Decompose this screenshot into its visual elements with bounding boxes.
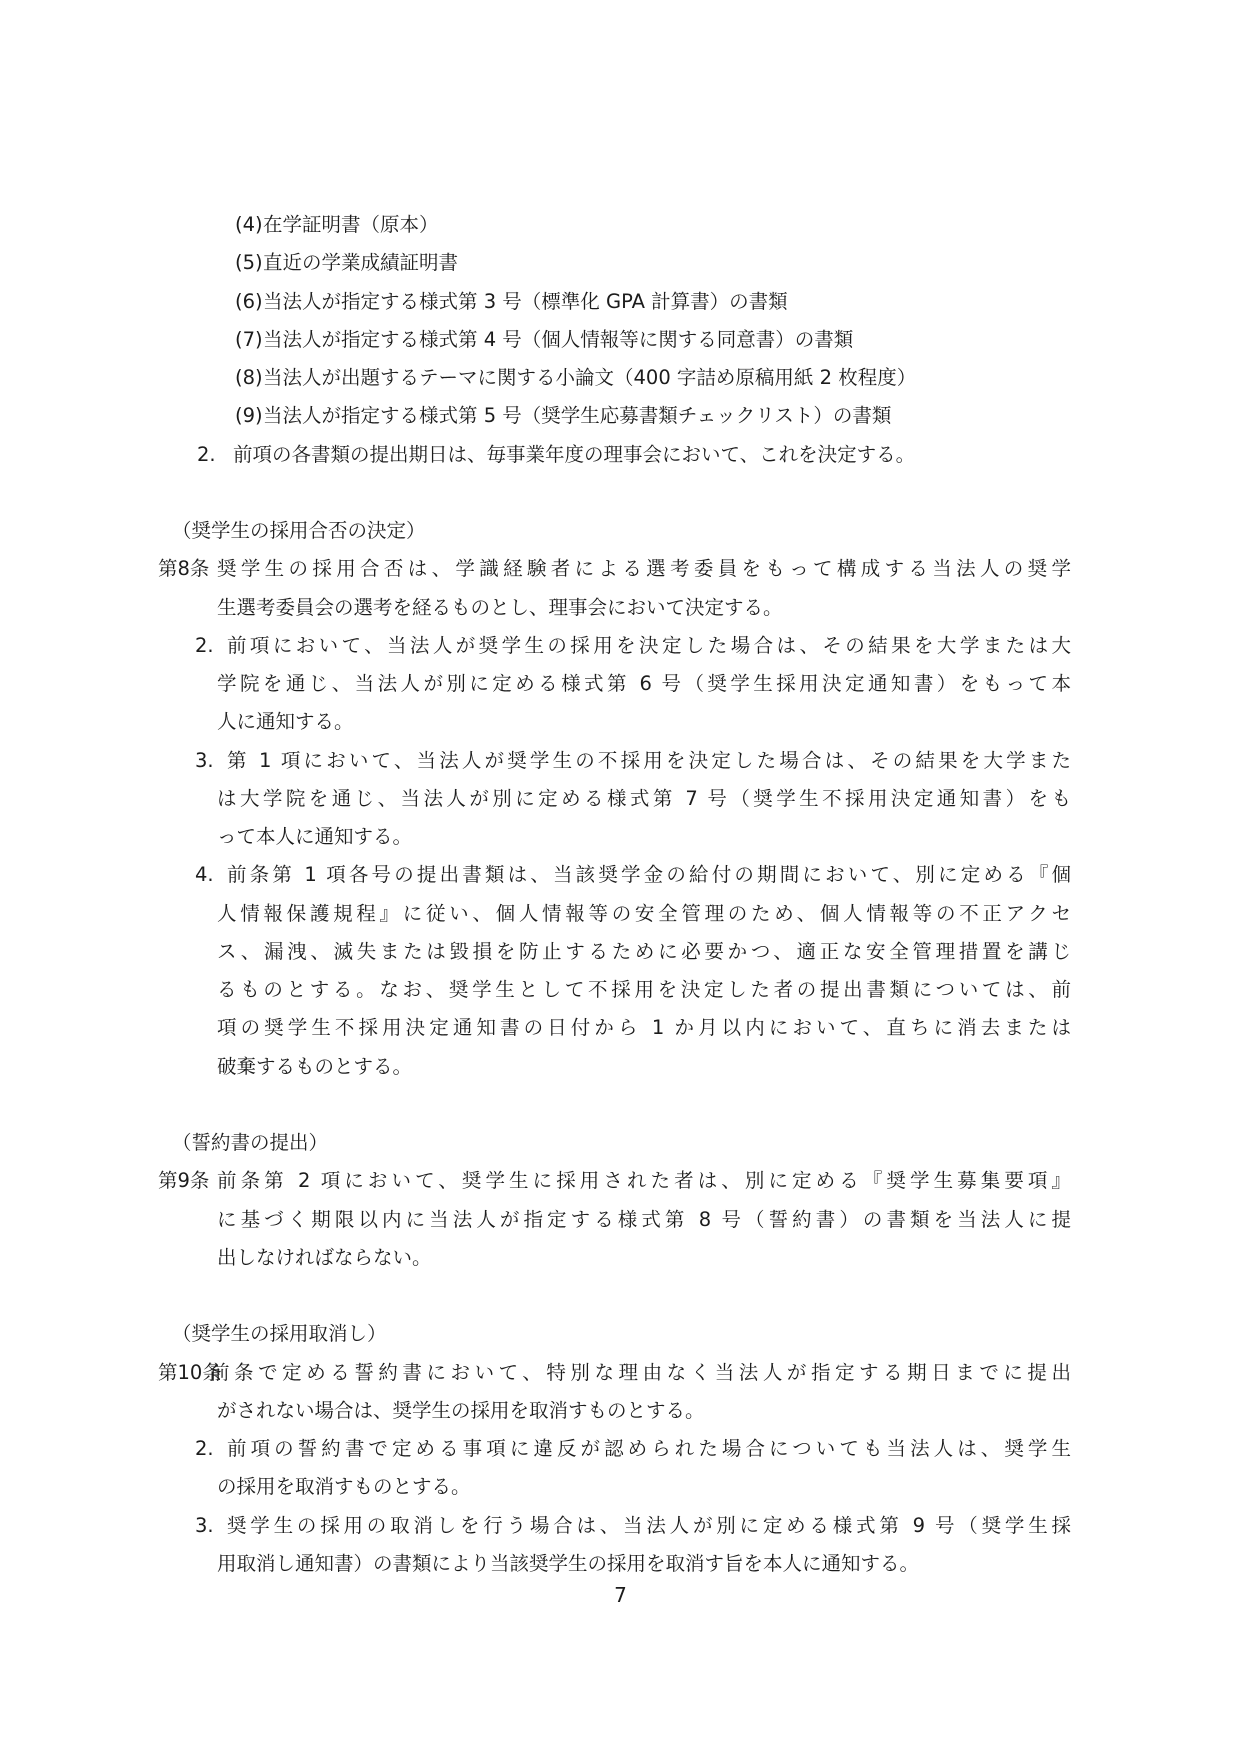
blank-line (0, 474, 1241, 512)
section-heading: （奨学生の採用取消し） (0, 1315, 1241, 1353)
continuation-line: 項の奨学生不採用決定通知書の日付から 1 か月以内において、直ちに消去または (0, 1009, 1241, 1047)
line-text: 当法人が指定する様式第 4 号（個人情報等に関する同意書）の書類 (263, 321, 1071, 359)
continuation-line: 人に通知する。 (0, 703, 1241, 741)
line-text: に基づく期限以内に当法人が指定する様式第 8 号（誓約書）の書類を当法人に提 (217, 1201, 1071, 1239)
continuation-line: ス、漏洩、滅失または毀損を防止するために必要かつ、適正な安全管理措置を講じ (0, 933, 1241, 971)
section-heading: （奨学生の採用合否の決定） (0, 512, 1241, 550)
line-text: 在学証明書（原本） (263, 206, 1071, 244)
line-text: 当法人が指定する様式第 3 号（標準化 GPA 計算書）の書類 (263, 283, 1071, 321)
line-text: って本人に通知する。 (217, 818, 1071, 856)
line-text: 前項の各書類の提出期日は、毎事業年度の理事会において、これを決定する。 (233, 436, 1071, 474)
continuation-line: るものとする。なお、奨学生として不採用を決定した者の提出書類については、前 (0, 971, 1241, 1009)
blank-line (0, 1277, 1241, 1315)
heading-text: （誓約書の提出） (172, 1124, 1071, 1162)
article-line: 第10条 前条で定める誓約書において、特別な理由なく当法人が指定する期日までに提… (0, 1354, 1241, 1392)
line-text: 破棄するものとする。 (217, 1048, 1071, 1086)
continuation-line: 破棄するものとする。 (0, 1048, 1241, 1086)
paragraph-item: 2. 前項の各書類の提出期日は、毎事業年度の理事会において、これを決定する。 (0, 436, 1241, 474)
line-text: 人情報保護規程』に従い、個人情報等の安全管理のため、個人情報等の不正アクセ (217, 895, 1071, 933)
line-text: 当法人が出題するテーマに関する小論文（400 字詰め原稿用紙 2 枚程度） (263, 359, 1071, 397)
item-number: (7) (235, 321, 263, 359)
heading-text: （奨学生の採用合否の決定） (172, 512, 1071, 550)
line-text: 前条第 2 項において、奨学生に採用された者は、別に定める『奨学生募集要項』 (217, 1162, 1071, 1200)
continuation-line: の採用を取消すものとする。 (0, 1468, 1241, 1506)
paragraph-number: 2. (195, 1430, 227, 1468)
line-text: 項の奨学生不採用決定通知書の日付から 1 か月以内において、直ちに消去または (217, 1009, 1071, 1047)
blank-line (0, 1086, 1241, 1124)
item-number: (5) (235, 244, 263, 282)
page-number: 7 (0, 1582, 1241, 1608)
continuation-line: 用取消し通知書）の書類により当該奨学生の採用を取消す旨を本人に通知する。 (0, 1545, 1241, 1583)
article-number: 第10条 (158, 1354, 210, 1392)
continuation-line: に基づく期限以内に当法人が指定する様式第 8 号（誓約書）の書類を当法人に提 (0, 1201, 1241, 1239)
document-page: (4) 在学証明書（原本） (5) 直近の学業成績証明書 (6) 当法人が指定す… (0, 0, 1241, 1755)
paragraph-number: 2. (195, 627, 227, 665)
article-number: 第8条 (158, 550, 217, 588)
paragraph-item: 4. 前条第 1 項各号の提出書類は、当該奨学金の給付の期間において、別に定める… (0, 856, 1241, 894)
paragraph-item: 2. 前項の誓約書で定める事項に違反が認められた場合についても当法人は、奨学生 (0, 1430, 1241, 1468)
paragraph-item: 2. 前項において、当法人が奨学生の採用を決定した場合は、その結果を大学または大 (0, 627, 1241, 665)
line-text: 人に通知する。 (217, 703, 1071, 741)
list-item: (9) 当法人が指定する様式第 5 号（奨学生応募書類チェックリスト）の書類 (0, 397, 1241, 435)
line-text: ス、漏洩、滅失または毀損を防止するために必要かつ、適正な安全管理措置を講じ (217, 933, 1071, 971)
list-item: (7) 当法人が指定する様式第 4 号（個人情報等に関する同意書）の書類 (0, 321, 1241, 359)
line-text: るものとする。なお、奨学生として不採用を決定した者の提出書類については、前 (217, 971, 1071, 1009)
line-text: 直近の学業成績証明書 (263, 244, 1071, 282)
line-text: 出しなければならない。 (217, 1239, 1071, 1277)
item-number: (4) (235, 206, 263, 244)
continuation-line: がされない場合は、奨学生の採用を取消すものとする。 (0, 1392, 1241, 1430)
line-text: 当法人が指定する様式第 5 号（奨学生応募書類チェックリスト）の書類 (263, 397, 1071, 435)
line-text: 学院を通じ、当法人が別に定める様式第 6 号（奨学生採用決定通知書）をもって本 (217, 665, 1071, 703)
line-text: 第 1 項において、当法人が奨学生の不採用を決定した場合は、その結果を大学また (227, 742, 1071, 780)
continuation-line: って本人に通知する。 (0, 818, 1241, 856)
article-number: 第9条 (158, 1162, 217, 1200)
line-text: 生選考委員会の選考を経るものとし、理事会において決定する。 (217, 589, 1071, 627)
paragraph-item: 3. 奨学生の採用の取消しを行う場合は、当法人が別に定める様式第 9 号（奨学生… (0, 1507, 1241, 1545)
section-heading: （誓約書の提出） (0, 1124, 1241, 1162)
line-text: 奨学生の採用合否は、学識経験者による選考委員をもって構成する当法人の奨学 (217, 550, 1071, 588)
paragraph-number: 2. (197, 436, 233, 474)
paragraph-item: 3. 第 1 項において、当法人が奨学生の不採用を決定した場合は、その結果を大学… (0, 742, 1241, 780)
line-text: 前項において、当法人が奨学生の採用を決定した場合は、その結果を大学または大 (227, 627, 1071, 665)
continuation-line: 生選考委員会の選考を経るものとし、理事会において決定する。 (0, 589, 1241, 627)
line-text: は大学院を通じ、当法人が別に定める様式第 7 号（奨学生不採用決定通知書）をも (217, 780, 1071, 818)
list-item: (4) 在学証明書（原本） (0, 206, 1241, 244)
line-text: がされない場合は、奨学生の採用を取消すものとする。 (217, 1392, 1071, 1430)
paragraph-number: 3. (195, 1507, 227, 1545)
item-number: (9) (235, 397, 263, 435)
heading-text: （奨学生の採用取消し） (172, 1315, 1071, 1353)
item-number: (8) (235, 359, 263, 397)
line-text: 前条で定める誓約書において、特別な理由なく当法人が指定する期日までに提出 (210, 1354, 1071, 1392)
article-line: 第8条 奨学生の採用合否は、学識経験者による選考委員をもって構成する当法人の奨学 (0, 550, 1241, 588)
line-text: の採用を取消すものとする。 (217, 1468, 1071, 1506)
continuation-line: 出しなければならない。 (0, 1239, 1241, 1277)
paragraph-number: 3. (195, 742, 227, 780)
document-body: (4) 在学証明書（原本） (5) 直近の学業成績証明書 (6) 当法人が指定す… (0, 206, 1241, 1583)
list-item: (5) 直近の学業成績証明書 (0, 244, 1241, 282)
item-number: (6) (235, 283, 263, 321)
line-text: 奨学生の採用の取消しを行う場合は、当法人が別に定める様式第 9 号（奨学生採 (227, 1507, 1071, 1545)
line-text: 前項の誓約書で定める事項に違反が認められた場合についても当法人は、奨学生 (227, 1430, 1071, 1468)
paragraph-number: 4. (195, 856, 227, 894)
list-item: (6) 当法人が指定する様式第 3 号（標準化 GPA 計算書）の書類 (0, 283, 1241, 321)
continuation-line: は大学院を通じ、当法人が別に定める様式第 7 号（奨学生不採用決定通知書）をも (0, 780, 1241, 818)
article-line: 第9条 前条第 2 項において、奨学生に採用された者は、別に定める『奨学生募集要… (0, 1162, 1241, 1200)
line-text: 用取消し通知書）の書類により当該奨学生の採用を取消す旨を本人に通知する。 (217, 1545, 1071, 1583)
continuation-line: 学院を通じ、当法人が別に定める様式第 6 号（奨学生採用決定通知書）をもって本 (0, 665, 1241, 703)
line-text: 前条第 1 項各号の提出書類は、当該奨学金の給付の期間において、別に定める『個 (227, 856, 1071, 894)
continuation-line: 人情報保護規程』に従い、個人情報等の安全管理のため、個人情報等の不正アクセ (0, 895, 1241, 933)
list-item: (8) 当法人が出題するテーマに関する小論文（400 字詰め原稿用紙 2 枚程度… (0, 359, 1241, 397)
